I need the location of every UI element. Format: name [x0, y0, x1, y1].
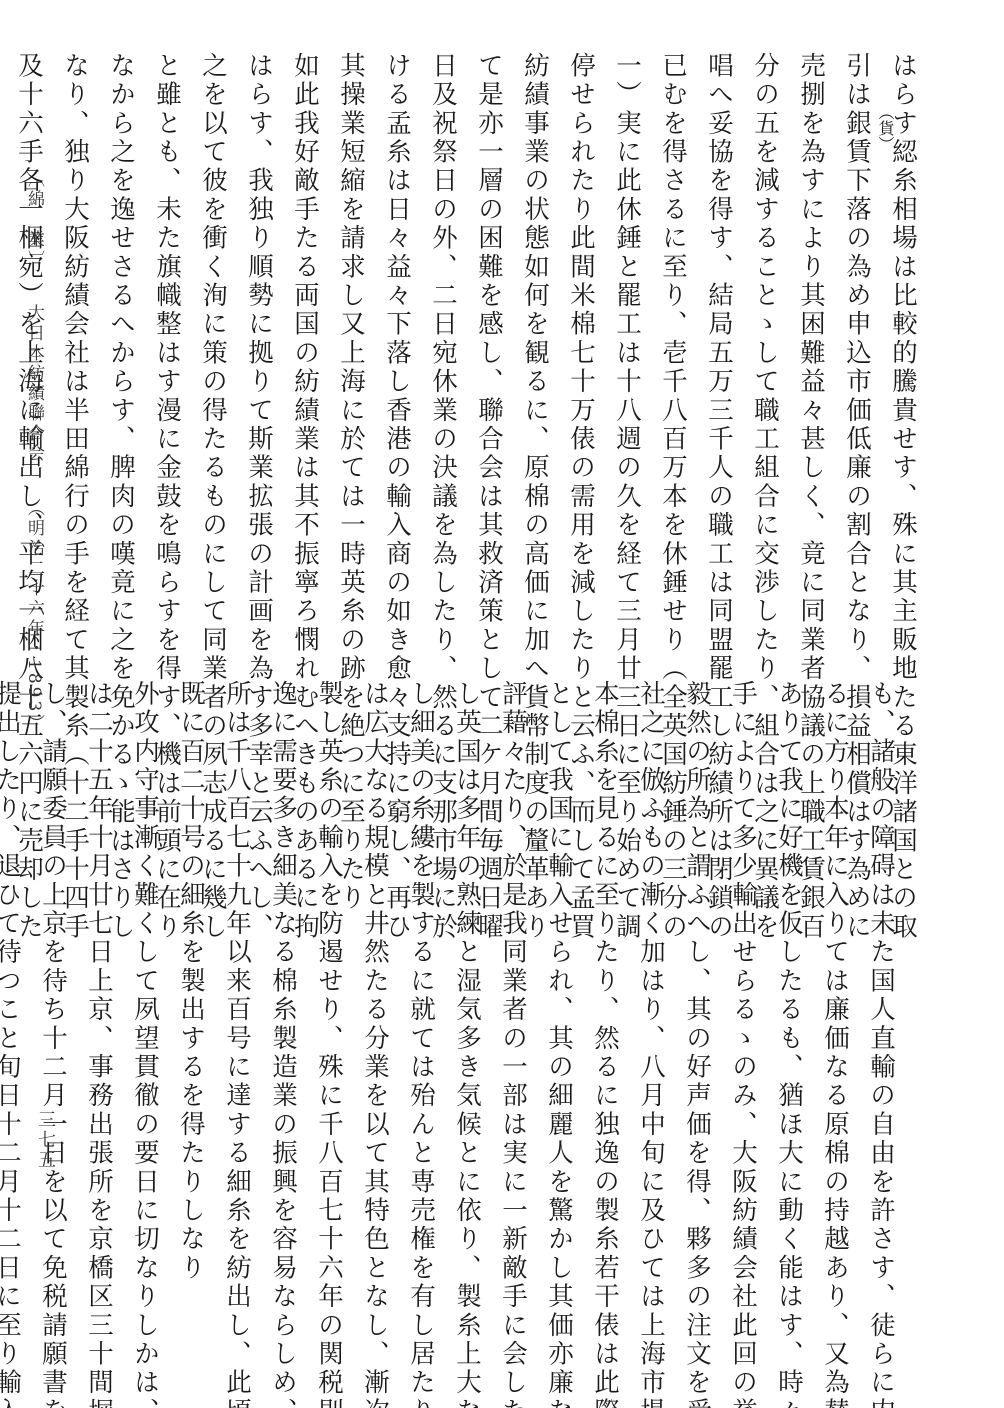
text-column: し細美の糸縷を製するに就ては殆んと専売権を有し居たりしか、独逸 — [398, 680, 444, 1280]
text-column: 紡績事業の状態如何を観るに、原棉の高価に加へ貨幣制度の釐革あり — [512, 52, 558, 652]
text-column: 其操業短縮を請求し又上海に於ては一時英糸の跡を絶つに至りたり — [328, 52, 374, 652]
text-column: 一）実に此休錘と罷工は十八週の久を経て三月廿三日に至り始めて調 — [604, 52, 650, 652]
text-column: と雖とも、未た旗幟整はす漫に金鼓を鳴らすを得す、機は前頭に在り — [144, 52, 190, 652]
text-column: 評藉々たり、於是我同業者の一部は実に一新敵手に会したるなり、蓋 — [490, 680, 536, 1280]
running-header-section: 〔綿 業〕 — [22, 170, 47, 270]
text-column: として我国に輸入せられ、其の細麗人を驚かし其価亦廉なるを以て好 — [536, 680, 582, 1280]
text-column: るに方り本年に入りては廉価なる原棉の持越あり、又為替相場の変動 — [812, 680, 858, 1280]
text-column: はらす、我独り順勢に拠りて斯業拡張の計画を為す多幸と云ふへし、 — [236, 52, 282, 652]
text-column: 引は銀賃下落の為め申込市価低廉の割合となり、損益相償はす為めに — [834, 52, 880, 652]
document-page: はらす綛糸相場は比較的騰貴せす、殊に其主販地たる東洋諸国との取 引は銀賃下落の為… — [0, 0, 1004, 1408]
text-column: 所は千八百七十九年以来百号に達する細糸を紡出し、此頃に及ひては — [214, 680, 260, 1280]
text-column: は広大なる規模と井然たる分業を以て其特色となし、漸次高番の糸を — [352, 680, 398, 1280]
page-number: 三七五 — [32, 1110, 58, 1170]
text-column: 社之に倣ふもの漸く加はり、八月中旬に及ひては上海市場に幾堆の日 — [628, 680, 674, 1280]
text-column: し英国は多年の熟練と湿気多き気候とに依り、製糸上大なる便利を有 — [444, 680, 490, 1280]
text-column: 外攻内守事漸く難くして夙望貫徹の要日に切なりしかは、理事菅沼氏 — [122, 680, 168, 1280]
text-column: ありて我に好機を仮したるも、猶ほ大に動く能はす、時々在留外商の — [766, 680, 812, 1280]
lower-text-block: も、諸般の障碍は未た国人直輸の自由を許さす、徒らに内に煩悶した るに方り本年に入… — [0, 680, 904, 1280]
text-column: 分の五を減することゝして職工組合に交渉したり、組合は之に異議を — [742, 52, 788, 652]
text-column: て是亦一層の困難を感し、聯合会は其救済策として二ケ月間毎週日曜 — [466, 52, 512, 652]
text-column: 停せられたり此間米棉七十万俵の需用を減したりと云ふ、而して孟買 — [558, 52, 604, 652]
text-column: は二十五年十月廿七日上京、事務出張所を京橋区三十間堀三丁目に移 — [76, 680, 122, 1280]
text-column: 提出したり、退ひて待つこと旬日十二月十二日に至り輸入棉花関税免 — [0, 680, 30, 1280]
text-column: 日及祝祭日の外、二日宛休業の決議を為したり、然るに支那市場に於 — [420, 52, 466, 652]
upper-text-block: はらす綛糸相場は比較的騰貴せす、殊に其主販地たる東洋諸国との取 引は銀賃下落の為… — [0, 52, 926, 652]
text-column: 売捌を為すにより其困難益々甚しく、竟に同業者協議の上職工賃銀百 — [788, 52, 834, 652]
text-column: も、諸般の障碍は未た国人直輸の自由を許さす、徒らに内に煩悶した — [858, 680, 904, 1280]
text-column: 製し英糸の輸入を防遏せり、殊に千八百七十六年の関税則の如きは独 — [306, 680, 352, 1280]
text-column: 毅然の所為と謂ふへし、其の好声価を得、夥多の注文を受けたるや他 — [674, 680, 720, 1280]
text-column: 逸に需要多き細美なる棉糸製造業の振興を容易ならしめ、撒遜の紡績 — [260, 680, 306, 1280]
editorial-annotation: （貨） — [876, 104, 894, 152]
text-column: り、元来我紡績業者は多少の余地あれは決して外輸を懈るものにあら — [0, 52, 6, 652]
running-header: 〔綿 業〕 大日本紡績聯合会 （明治二十六年・1893） — [22, 170, 47, 734]
text-column: ける孟糸は日々益々下落し香港の輸入商の如き愈々支持に窮し、再ひ — [374, 52, 420, 652]
text-column: 唱へ妥協を得す、結局五万三千人の職工は同盟罷工し紡績所は閉鎖の — [696, 52, 742, 652]
text-column: 既に百二十号の細糸を製出するを得たりしなり — [168, 680, 214, 1280]
text-column: し、請願委員の上京を待ち十二月一日を以て免税請願書を貴衆両院に — [30, 680, 76, 1280]
text-column: 本棉糸を見るに至りたり、然るに独逸の製糸若干俵は此際始めて見本 — [582, 680, 628, 1280]
text-column: 之を以て彼を衝く洵に策の得たるものにして同業者の夙志成るに幾し — [190, 52, 236, 652]
running-header-organization: 大日本紡績聯合会 — [22, 304, 47, 464]
running-header-era: （明治二十六年・1893） — [22, 499, 47, 734]
text-column: 手によりて多少輸出せらるゝのみ、大阪紡績会社此回の挙の如き寧ろ — [720, 680, 766, 1280]
text-column: なり、独り大阪紡績会社は半田綿行の手を経て其製糸（十二手十四手 — [52, 52, 98, 652]
text-column: なから之を逸せさるへからす、脾肉の嘆竟に之を免かるゝ能はさりし — [98, 52, 144, 652]
text-column: 如此我好敵手たる両国の紡績業は其不振寧ろ憫れむへきものあるに拘 — [282, 52, 328, 652]
text-column: 已むを得さるに至り、壱千八百万本を休錘せり（全英国紡錘の三分の — [650, 52, 696, 652]
